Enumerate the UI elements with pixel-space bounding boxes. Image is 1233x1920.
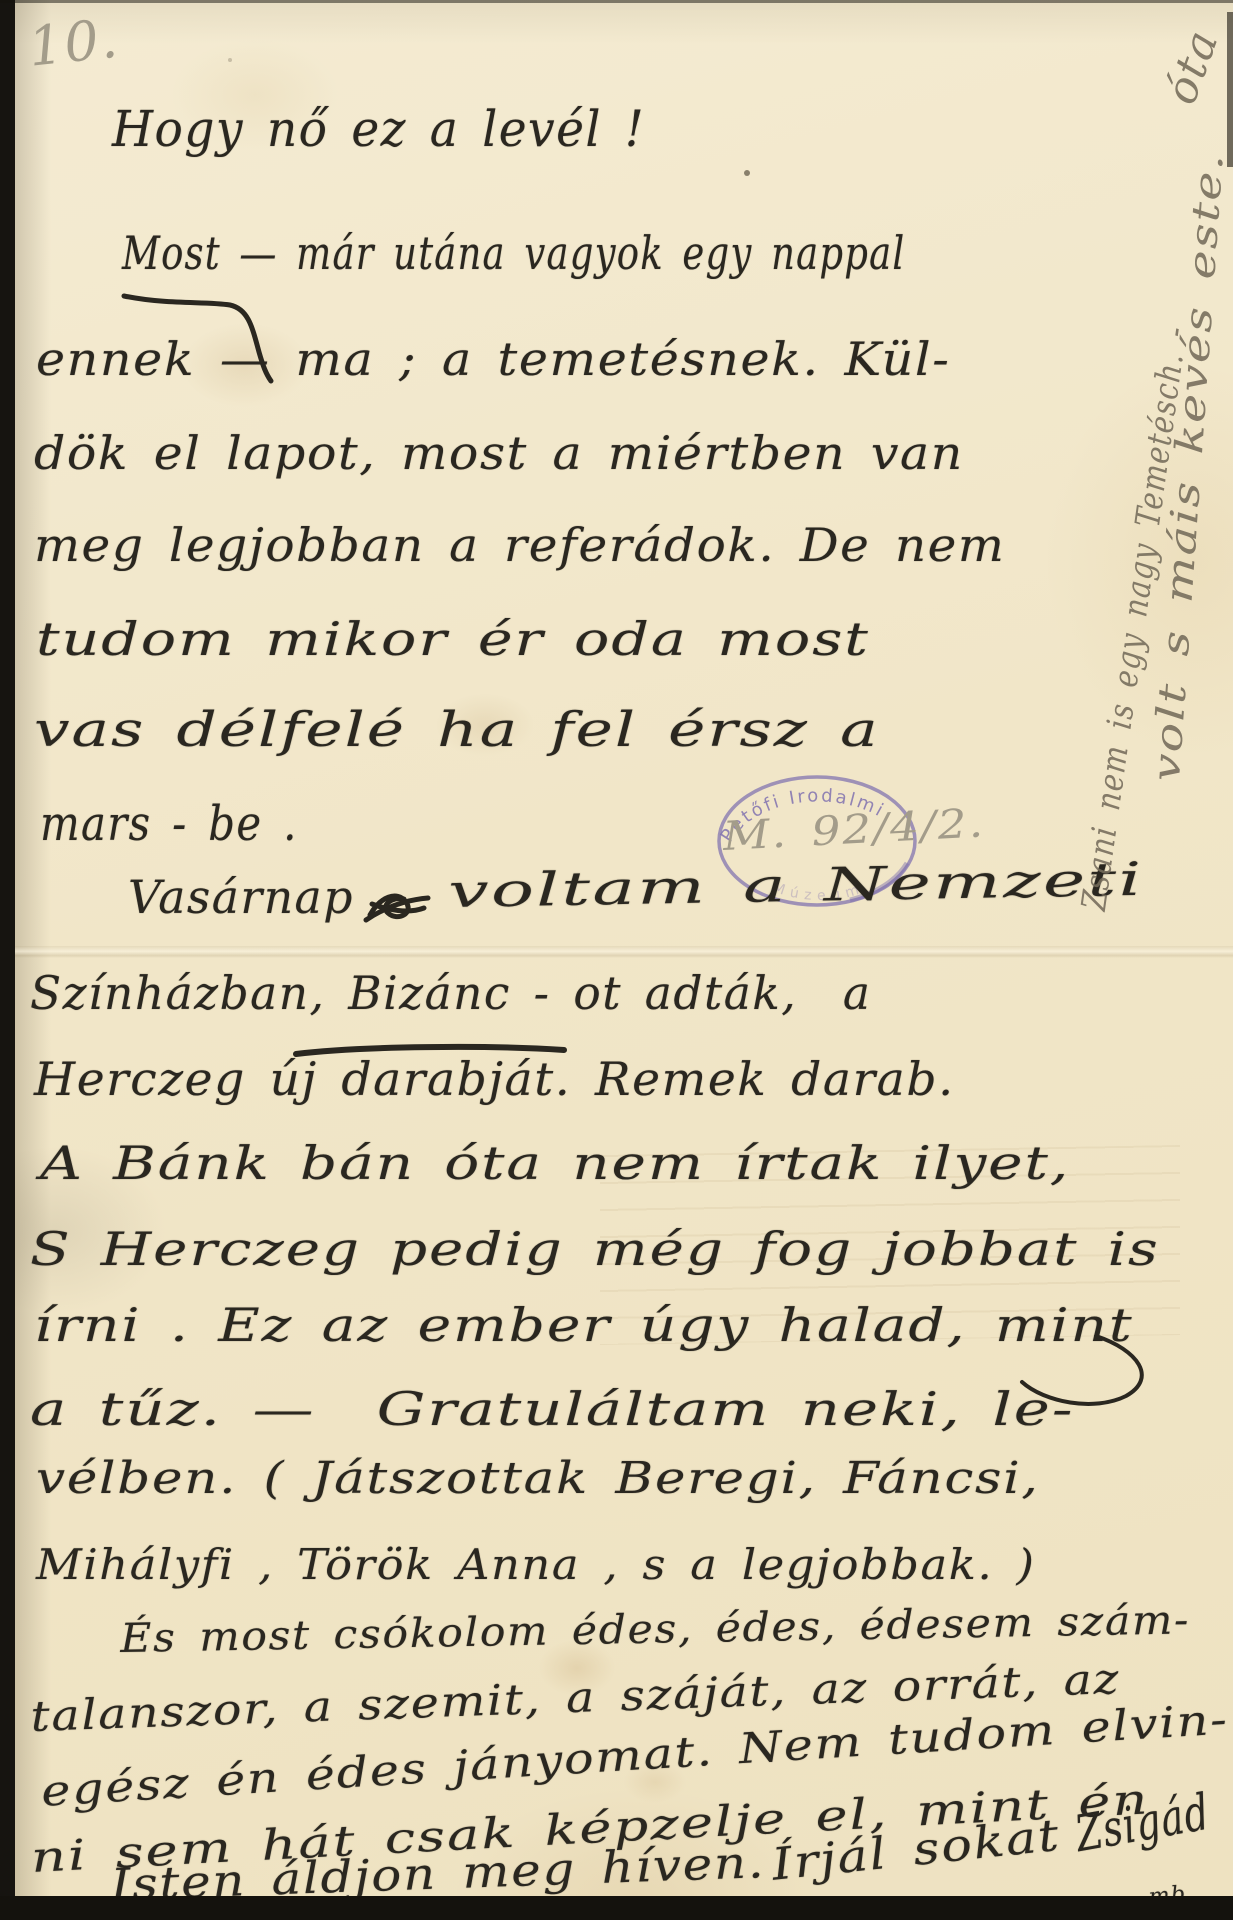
handwritten-body: vélben. ( Játszottak Beregi, Fáncsi, xyxy=(36,1458,1040,1500)
handwritten-body: tudom mikor ér oda most xyxy=(36,618,870,662)
handwritten-accession-number: M. 92/4/2. xyxy=(722,804,985,856)
scanned-letter-page: Petőfi Irodalmi Múzeum 10.Hogy nő ez a l… xyxy=(0,0,1233,1920)
ink-spot xyxy=(228,58,232,62)
handwritten-body: Most — már utána vagyok egy nappal xyxy=(122,232,905,276)
handwritten-body: ennek — ma ; a temetésnek. Kül- xyxy=(36,338,950,382)
scan-border-top-right xyxy=(1227,12,1233,167)
handwritten-body: írni . Ez az ember úgy halad, mint xyxy=(34,1304,1134,1348)
handwritten-body: Színházban, Bizánc - ot adták, a xyxy=(30,972,871,1016)
scan-border-bottom xyxy=(0,1896,1233,1920)
handwritten-body: A Bánk bán óta nem írtak ilyet, xyxy=(40,1142,1070,1186)
handwritten-body: Vasárnap xyxy=(128,876,354,920)
handwritten-body: S Herczeg pedig még fog jobbat is xyxy=(30,1228,1160,1272)
handwritten-page-number: 10. xyxy=(26,13,121,73)
handwritten-body: vas délfelé ha fel érsz a xyxy=(34,708,880,754)
handwritten-body: Herczeg új darabját. Remek darab. xyxy=(34,1058,955,1102)
handwritten-body: Hogy nő ez a levél ! xyxy=(112,106,645,154)
scan-border-left xyxy=(0,0,15,1920)
handwritten-body: a tűz. — Gratuláltam neki, le- xyxy=(30,1388,1074,1432)
handwritten-body: meg legjobban a referádok. De nem xyxy=(34,524,1005,568)
fold-crease xyxy=(0,946,1233,958)
scan-border-top xyxy=(0,0,1233,3)
handwritten-body: Mihályfi , Török Anna , s a legjobbak. ) xyxy=(36,1545,1036,1585)
handwritten-body: dök el lapot, most a miértben van xyxy=(34,432,964,476)
handwritten-body: mars - be . xyxy=(40,802,298,848)
ink-spot xyxy=(744,170,750,176)
handwritten-body: voltam a Nemzeti xyxy=(448,858,1144,914)
